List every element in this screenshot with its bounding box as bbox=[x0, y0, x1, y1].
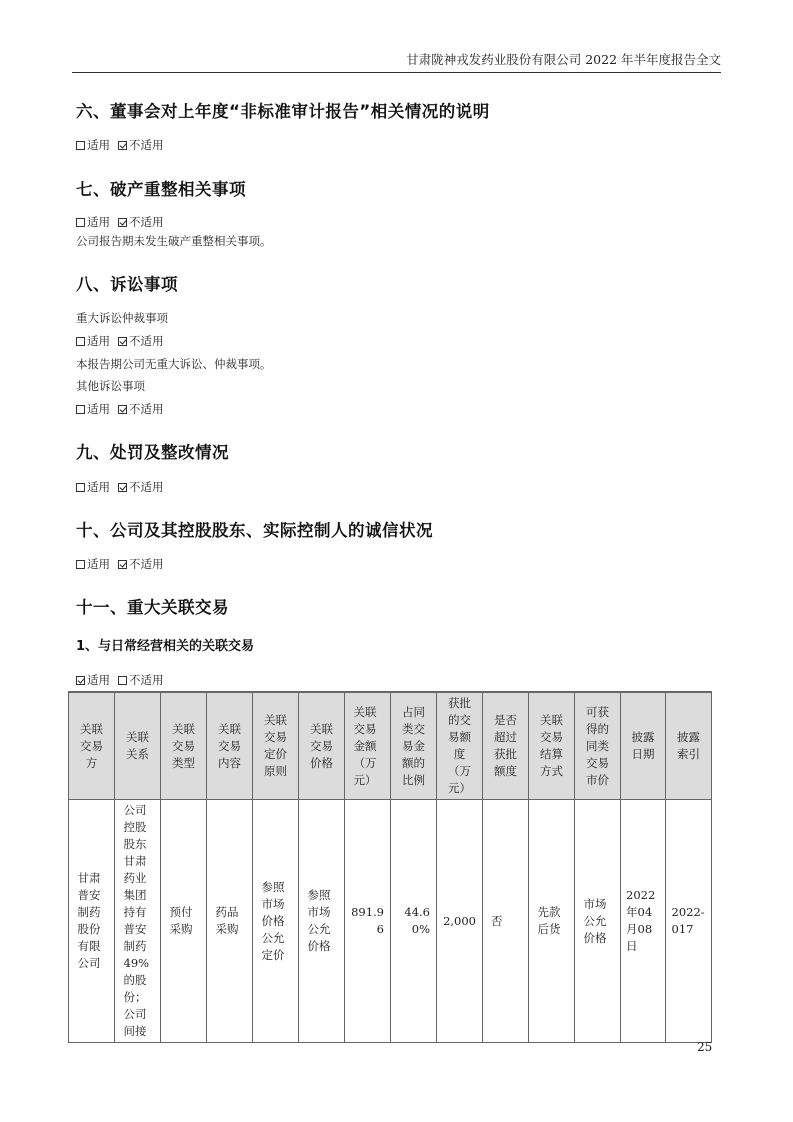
option-label: 不适用 bbox=[129, 480, 164, 494]
section-8-sub2-options: 适用不适用 bbox=[76, 401, 164, 417]
checkbox-not-applicable-checked bbox=[118, 560, 127, 569]
section-6-title: 六、董事会对上年度“非标准审计报告”相关情况的说明 bbox=[76, 98, 490, 122]
cell-party: 甘肃普安制药股份有限公司 bbox=[69, 800, 115, 1043]
checkbox-applicable bbox=[76, 560, 85, 569]
option-label: 适用 bbox=[87, 557, 110, 571]
col-header: 关联交易类型 bbox=[161, 692, 207, 800]
section-8-title: 八、诉讼事项 bbox=[76, 271, 178, 295]
section-7-title: 七、破产重整相关事项 bbox=[76, 176, 246, 200]
checkbox-not-applicable-checked bbox=[118, 483, 127, 492]
col-header: 关联交易金额（万元） bbox=[345, 692, 391, 800]
cell-price: 参照市场公允价格 bbox=[299, 800, 345, 1043]
section-7-options: 适用不适用 bbox=[76, 214, 164, 230]
cell-market-price: 市场公允价格 bbox=[575, 800, 621, 1043]
option-label: 不适用 bbox=[129, 215, 164, 229]
section-8-sub1-options: 适用不适用 bbox=[76, 333, 164, 349]
section-9-options: 适用不适用 bbox=[76, 479, 164, 495]
option-label: 不适用 bbox=[129, 334, 164, 348]
cell-relationship: 公司控股股东甘肃药业集团持有普安制药49%的股份；公司间接 bbox=[115, 800, 161, 1043]
checkbox-applicable bbox=[76, 483, 85, 492]
col-header: 可获得的同类交易市价 bbox=[575, 692, 621, 800]
option-label: 适用 bbox=[87, 334, 110, 348]
col-header: 关联交易价格 bbox=[299, 692, 345, 800]
col-header: 关联交易结算方式 bbox=[529, 692, 575, 800]
option-label: 不适用 bbox=[129, 138, 164, 152]
checkbox-applicable bbox=[76, 405, 85, 414]
col-header: 关联交易方 bbox=[69, 692, 115, 800]
page-header: 甘肃陇神戎发药业股份有限公司 2022 年半年度报告全文 bbox=[72, 50, 721, 74]
table-row: 甘肃普安制药股份有限公司 公司控股股东甘肃药业集团持有普安制药49%的股份；公司… bbox=[69, 800, 712, 1043]
col-header: 关联交易定价原则 bbox=[253, 692, 299, 800]
col-header: 占同类交易金额的比例 bbox=[391, 692, 437, 800]
checkbox-applicable bbox=[76, 218, 85, 227]
checkbox-not-applicable-checked bbox=[118, 141, 127, 150]
checkbox-applicable bbox=[76, 141, 85, 150]
table-header-row: 关联交易方 关联关系 关联交易类型 关联交易内容 关联交易定价原则 关联交易价格… bbox=[69, 692, 712, 800]
checkbox-not-applicable-checked bbox=[118, 405, 127, 414]
checkbox-applicable-checked bbox=[76, 676, 85, 685]
cell-pricing-principle: 参照市场价格公允定价 bbox=[253, 800, 299, 1043]
col-header: 关联关系 bbox=[115, 692, 161, 800]
col-header: 披露日期 bbox=[621, 692, 666, 800]
section-9-title: 九、处罚及整改情况 bbox=[76, 439, 229, 463]
col-header: 披露索引 bbox=[666, 692, 712, 800]
checkbox-not-applicable-checked bbox=[118, 218, 127, 227]
cell-amount: 891.96 bbox=[345, 800, 391, 1043]
col-header: 获批的交易额度（万元） bbox=[437, 692, 483, 800]
cell-exceeded: 否 bbox=[483, 800, 529, 1043]
cell-settlement: 先款后货 bbox=[529, 800, 575, 1043]
option-label: 适用 bbox=[87, 138, 110, 152]
section-8-sub1-title: 重大诉讼仲裁事项 bbox=[76, 310, 168, 326]
checkbox-applicable bbox=[76, 337, 85, 346]
cell-content: 药品采购 bbox=[207, 800, 253, 1043]
option-label: 适用 bbox=[87, 480, 110, 494]
option-label: 适用 bbox=[87, 402, 110, 416]
option-label: 不适用 bbox=[129, 673, 164, 687]
section-11-subsection-title: 1、与日常经营相关的关联交易 bbox=[76, 635, 254, 654]
section-8-sub2-title: 其他诉讼事项 bbox=[76, 378, 145, 394]
section-10-options: 适用不适用 bbox=[76, 556, 164, 572]
section-11-options: 适用不适用 bbox=[76, 672, 164, 688]
cell-disclosure-date: 2022年04月08日 bbox=[621, 800, 666, 1043]
header-divider bbox=[72, 72, 721, 73]
section-8-sub1-note: 本报告期公司无重大诉讼、仲裁事项。 bbox=[76, 356, 272, 372]
section-10-title: 十、公司及其控股股东、实际控制人的诚信状况 bbox=[76, 517, 433, 541]
option-label: 适用 bbox=[87, 215, 110, 229]
section-11-title: 十一、重大关联交易 bbox=[76, 594, 229, 618]
cell-type: 预付采购 bbox=[161, 800, 207, 1043]
col-header: 关联交易内容 bbox=[207, 692, 253, 800]
option-label: 适用 bbox=[87, 673, 110, 687]
section-6-options: 适用不适用 bbox=[76, 137, 164, 153]
cell-ratio: 44.60% bbox=[391, 800, 437, 1043]
option-label: 不适用 bbox=[129, 557, 164, 571]
page-number: 25 bbox=[697, 1040, 712, 1054]
checkbox-not-applicable bbox=[118, 676, 127, 685]
checkbox-not-applicable-checked bbox=[118, 337, 127, 346]
section-7-note: 公司报告期未发生破产重整相关事项。 bbox=[76, 233, 272, 249]
related-transactions-table: 关联交易方 关联关系 关联交易类型 关联交易内容 关联交易定价原则 关联交易价格… bbox=[68, 691, 712, 1043]
option-label: 不适用 bbox=[129, 402, 164, 416]
cell-disclosure-index: 2022-017 bbox=[666, 800, 712, 1043]
col-header: 是否超过获批额度 bbox=[483, 692, 529, 800]
cell-approved-quota: 2,000 bbox=[437, 800, 483, 1043]
